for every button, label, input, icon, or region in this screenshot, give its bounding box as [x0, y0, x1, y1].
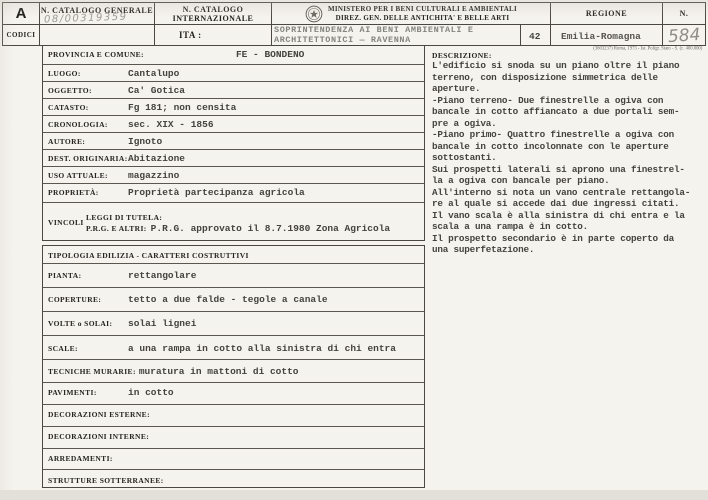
field-label: TECNICHE MURARIE: — [48, 366, 136, 376]
field-row-coperture: COPERTURE: tetto a due falde - tegole a … — [43, 288, 424, 312]
field-label: CRONOLOGIA: — [48, 119, 128, 129]
ministry-line2: DIREZ. GEN. DELLE ANTICHITA' E BELLE ART… — [328, 14, 517, 23]
field-row-dest-originaria: DEST. ORIGINARIA: Abitazione — [43, 150, 424, 167]
field-row-decorazioni-esterne: DECORAZIONI ESTERNE: — [43, 405, 424, 427]
field-label: DEST. ORIGINARIA: — [48, 153, 128, 163]
field-label: VOLTE o SOLAI: — [48, 318, 128, 328]
stamp-line2: ARCHITETTONICI — RAVENNA — [274, 35, 524, 45]
region-value: Emilia-Romagna — [561, 31, 641, 42]
field-row-luogo: LUOGO: Cantalupo — [43, 65, 424, 82]
field-value: tetto a due falde - tegole a canale — [128, 294, 328, 305]
description-label: DESCRIZIONE: — [432, 51, 492, 60]
field-label: OGGETTO: — [48, 85, 128, 95]
field-row-decorazioni-interne: DECORAZIONI INTERNE: — [43, 427, 424, 449]
field-value: solai lignei — [128, 318, 196, 329]
form-type-letter: A — [16, 5, 27, 22]
field-label: USO ATTUALE: — [48, 170, 128, 180]
field-value: Cantalupo — [128, 68, 179, 79]
field-label: DECORAZIONI INTERNE: — [48, 431, 149, 441]
field-value: Ca' Gotica — [128, 85, 185, 96]
field-value: Fg 181; non censita — [128, 102, 236, 113]
field-value: Proprietà partecipanza agricola — [128, 187, 305, 198]
ministry-header-cell: MINISTERO PER I BENI CULTURALI E AMBIENT… — [271, 2, 551, 25]
field-value: magazzino — [128, 170, 179, 181]
catalogo-internazionale-value-cell: ITA : — [154, 24, 272, 46]
field-value: FE - BONDENO — [236, 49, 304, 60]
field-label: PAVIMENTI: — [48, 387, 128, 397]
regione-header-cell: REGIONE — [550, 2, 663, 25]
field-row-pavimenti: PAVIMENTI: in cotto — [43, 383, 424, 405]
field-label: STRUTTURE SOTTERRANEE: — [48, 475, 164, 485]
prg-label: P.R.G. E ALTRI: — [86, 223, 147, 233]
field-row-vincoli: VINCOLI LEGGI DI TUTELA: P.R.G. E ALTRI:… — [43, 203, 424, 240]
field-row-strutture-sotterranee: STRUTTURE SOTTERRANEE: — [43, 470, 424, 487]
field-row-scale: SCALE: a una rampa in cotto alla sinistr… — [43, 336, 424, 360]
handwritten-n-value: 584 — [667, 25, 701, 47]
field-value: sec. XIX - 1856 — [128, 119, 214, 130]
field-label: AUTORE: — [48, 136, 128, 146]
field-row-provincia: PROVINCIA E COMUNE: FE - BONDENO — [43, 46, 424, 65]
section-title: TIPOLOGIA EDILIZIA - CARATTERI COSTRUTTI… — [48, 251, 249, 260]
field-label: DECORAZIONI ESTERNE: — [48, 409, 150, 419]
vincoli-label: VINCOLI — [48, 218, 86, 227]
n-header-cell: N. — [662, 2, 706, 25]
field-label: SCALE: — [48, 343, 128, 353]
field-row-proprieta: PROPRIETÀ: Proprietà partecipanza agrico… — [43, 184, 424, 203]
field-row-cronologia: CRONOLOGIA: sec. XIX - 1856 — [43, 116, 424, 133]
ministry-emblem-icon — [305, 5, 323, 23]
field-value: Abitazione — [128, 153, 185, 164]
field-label: CATASTO: — [48, 102, 128, 112]
field-value: rettangolare — [128, 270, 196, 281]
ita-code: ITA : — [179, 30, 202, 40]
field-label: PIANTA: — [48, 270, 128, 280]
field-row-volte-solai: VOLTE o SOLAI: solai lignei — [43, 312, 424, 336]
field-row-catasto: CATASTO: Fg 181; non censita — [43, 99, 424, 116]
description-text: L'edificio si snoda su un piano oltre il… — [432, 60, 708, 256]
region-code-cell: 42 — [520, 24, 551, 46]
field-value: in cotto — [128, 387, 174, 398]
ministry-line1: MINISTERO PER I BENI CULTURALI E AMBIENT… — [328, 5, 517, 14]
catalogo-internazionale-label: N. CATALOGO INTERNAZIONALE — [155, 5, 271, 23]
stamp-line1: SOPRINTENDENZA AI BENI AMBIENTALI E — [274, 25, 524, 35]
field-value: muratura in mattoni di cotto — [139, 366, 299, 377]
codici-cell: CODICI — [2, 24, 40, 46]
codici-label: CODICI — [6, 31, 35, 39]
field-row-oggetto: OGGETTO: Ca' Gotica — [43, 82, 424, 99]
catalogo-internazionale-header-cell: N. CATALOGO INTERNAZIONALE — [154, 2, 272, 25]
leggi-di-tutela-label: LEGGI DI TUTELA: — [86, 212, 162, 222]
construction-fields-box: TIPOLOGIA EDILIZIA - CARATTERI COSTRUTTI… — [42, 245, 425, 488]
catalog-card: A N. CATALOGO GENERALE N. CATALOGO INTER… — [0, 0, 708, 490]
field-label: COPERTURE: — [48, 294, 128, 304]
field-row-arredamenti: ARREDAMENTI: — [43, 449, 424, 470]
prg-value: P.R.G. approvato il 8.7.1980 Zona Agrico… — [151, 223, 390, 234]
catalogo-generale-value-cell — [39, 24, 155, 46]
n-label: N. — [680, 9, 689, 18]
form-type-letter-cell: A — [2, 2, 40, 25]
field-row-pianta: PIANTA: rettangolare — [43, 264, 424, 288]
field-label: LUOGO: — [48, 68, 128, 78]
field-label: PROVINCIA E COMUNE: — [48, 49, 144, 59]
field-label: ARREDAMENTI: — [48, 453, 113, 463]
identification-fields-box: PROVINCIA E COMUNE: FE - BONDENO LUOGO: … — [42, 45, 425, 241]
field-row-autore: AUTORE: Ignoto — [43, 133, 424, 150]
field-row-uso-attuale: USO ATTUALE: magazzino — [43, 167, 424, 184]
field-row-tecniche-murarie: TECNICHE MURARIE: muratura in mattoni di… — [43, 360, 424, 383]
region-value-cell: Emilia-Romagna — [550, 24, 663, 46]
region-code: 42 — [529, 31, 540, 42]
regione-label: REGIONE — [586, 9, 627, 18]
printer-note: (3603237) Roma, 1973 - Ist. Poligr. Stat… — [593, 46, 702, 51]
soprintendenza-stamp: SOPRINTENDENZA AI BENI AMBIENTALI E ARCH… — [274, 25, 524, 45]
field-value: Ignoto — [128, 136, 162, 147]
field-value: a una rampa in cotto alla sinistra di ch… — [128, 343, 396, 354]
section-header-tipologia: TIPOLOGIA EDILIZIA - CARATTERI COSTRUTTI… — [43, 246, 424, 264]
field-label: PROPRIETÀ: — [48, 187, 128, 197]
